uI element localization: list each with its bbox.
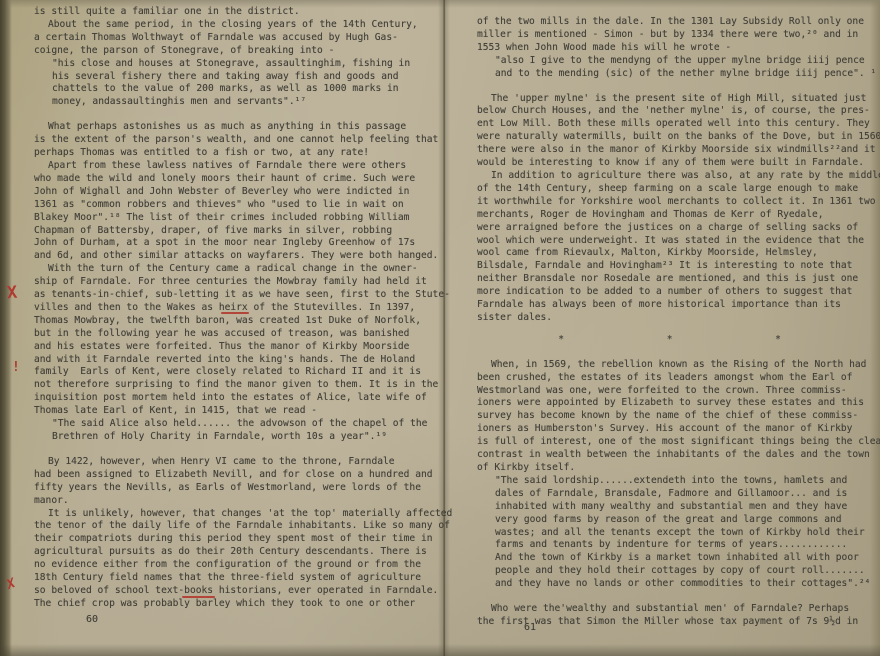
page-number-right: 61 [524, 622, 536, 633]
text-block: "his close and houses at Stonegrave, ass… [52, 58, 444, 110]
text-block: In addition to agriculture there was als… [477, 170, 877, 325]
text-block: of the two mills in the dale. In the 130… [477, 16, 877, 55]
left-page-text: is still quite a familiar one in the dis… [34, 6, 444, 611]
text-block: The 'upper mylne' is the present site of… [477, 93, 877, 170]
text-block: By 1422, however, when Henry VI came to … [34, 456, 444, 508]
red-insert-mark: ! [12, 360, 20, 375]
text-block: Apart from these lawless natives of Farn… [34, 160, 444, 263]
text-block: "The said lordship......extendeth into t… [495, 475, 877, 591]
text-block: "also I give to the mendyng of the upper… [495, 55, 877, 81]
book-edge-left [0, 0, 12, 656]
text-block: With the turn of the Century came a radi… [34, 263, 444, 418]
section-separator: * * * [477, 334, 877, 347]
text-block: About the same period, in the closing ye… [34, 19, 444, 58]
red-x-mark: X [6, 575, 16, 593]
page-number-left: 60 [86, 614, 98, 625]
red-x-mark: X [6, 283, 18, 304]
text-block: It is unlikely, however, that changes 'a… [34, 508, 444, 611]
red-underline-textbooks [182, 596, 215, 598]
scanned-book-spread: is still quite a familiar one in the dis… [0, 0, 880, 656]
red-underline-heirx [221, 312, 249, 314]
text-block: When, in 1569, the rebellion known as th… [477, 359, 877, 475]
text-block: Who were the'wealthy and substantial men… [477, 603, 877, 629]
right-page-text: of the two mills in the dale. In the 130… [477, 16, 877, 629]
text-block: "The said Alice also held...... the advo… [52, 418, 444, 444]
text-block: is still quite a familiar one in the dis… [34, 6, 444, 19]
text-block: What perhaps astonishes us as much as an… [34, 121, 444, 160]
